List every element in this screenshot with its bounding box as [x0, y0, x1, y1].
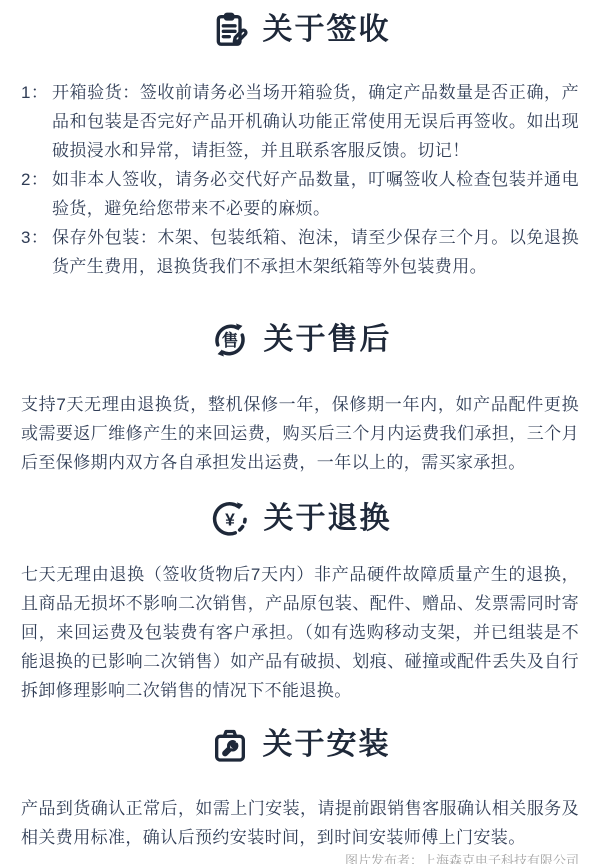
- list-item: 1： 开箱验货：签收前请务必当场开箱验货，确定产品数量是否正确，产品和包装是否完…: [21, 78, 579, 165]
- section-header-after-sales: 售 关于售后: [21, 319, 579, 361]
- returns-text: 七天无理由退换（签收货物后7天内）非产品硬件故障质量产生的退换，且商品无损坏不影…: [21, 560, 579, 705]
- section-header-returns: ¥ 关于退换: [21, 498, 579, 540]
- list-item-number: 3：: [21, 223, 52, 281]
- list-item-text: 开箱验货：签收前请务必当场开箱验货，确定产品数量是否正确，产品和包装是否完好产品…: [52, 78, 579, 165]
- toolbox-wrench-icon: [210, 724, 250, 766]
- list-item-text: 如非本人签收，请务必交代好产品数量，叮嘱签收人检查包装并通电验货，避免给您带来不…: [52, 165, 579, 223]
- aftersale-cycle-icon: 售: [209, 319, 251, 361]
- icon-char: ¥: [225, 509, 235, 529]
- section-header-sign-off: 关于签收: [21, 9, 579, 51]
- section-returns: ¥ 关于退换 七天无理由退换（签收货物后7天内）非产品硬件故障质量产生的退换，且…: [21, 498, 579, 705]
- section-title: 关于退换: [264, 498, 392, 540]
- section-sign-off: 关于签收 1： 开箱验货：签收前请务必当场开箱验货，确定产品数量是否正确，产品和…: [21, 0, 579, 281]
- section-after-sales: 售 关于售后 支持7天无理由退换货，整机保修一年，保修期一年内，如产品配件更换或…: [21, 319, 579, 477]
- section-title: 关于售后: [264, 319, 392, 361]
- section-title: 关于签收: [263, 9, 391, 51]
- sign-off-list: 1： 开箱验货：签收前请务必当场开箱验货，确定产品数量是否正确，产品和包装是否完…: [21, 78, 579, 281]
- refund-cycle-icon: ¥: [209, 498, 251, 540]
- list-item: 2： 如非本人签收，请务必交代好产品数量，叮嘱签收人检查包装并通电验货，避免给您…: [21, 165, 579, 223]
- list-item-number: 2：: [21, 165, 52, 223]
- list-item-text: 保存外包装：木架、包装纸箱、泡沫，请至少保存三个月。以免退换货产生费用，退换货我…: [52, 223, 579, 281]
- publisher-credit: 图片发布者：上海森克电子科技有限公司: [21, 852, 579, 864]
- section-installation: 关于安装 产品到货确认正常后，如需上门安装，请提前跟销售客服确认相关服务及相关费…: [21, 724, 579, 852]
- after-sales-text: 支持7天无理由退换货，整机保修一年，保修期一年内，如产品配件更换或需要返厂维修产…: [21, 390, 579, 477]
- section-title: 关于安装: [263, 724, 391, 766]
- list-item-number: 1：: [21, 78, 52, 165]
- section-header-installation: 关于安装: [21, 724, 579, 766]
- policy-page: 关于签收 1： 开箱验货：签收前请务必当场开箱验货，确定产品数量是否正确，产品和…: [0, 0, 600, 864]
- installation-text: 产品到货确认正常后，如需上门安装，请提前跟销售客服确认相关服务及相关费用标准，确…: [21, 794, 579, 852]
- icon-char: 售: [221, 330, 238, 350]
- list-item: 3： 保存外包装：木架、包装纸箱、泡沫，请至少保存三个月。以免退换货产生费用，退…: [21, 223, 579, 281]
- clipboard-pencil-icon: [210, 9, 250, 51]
